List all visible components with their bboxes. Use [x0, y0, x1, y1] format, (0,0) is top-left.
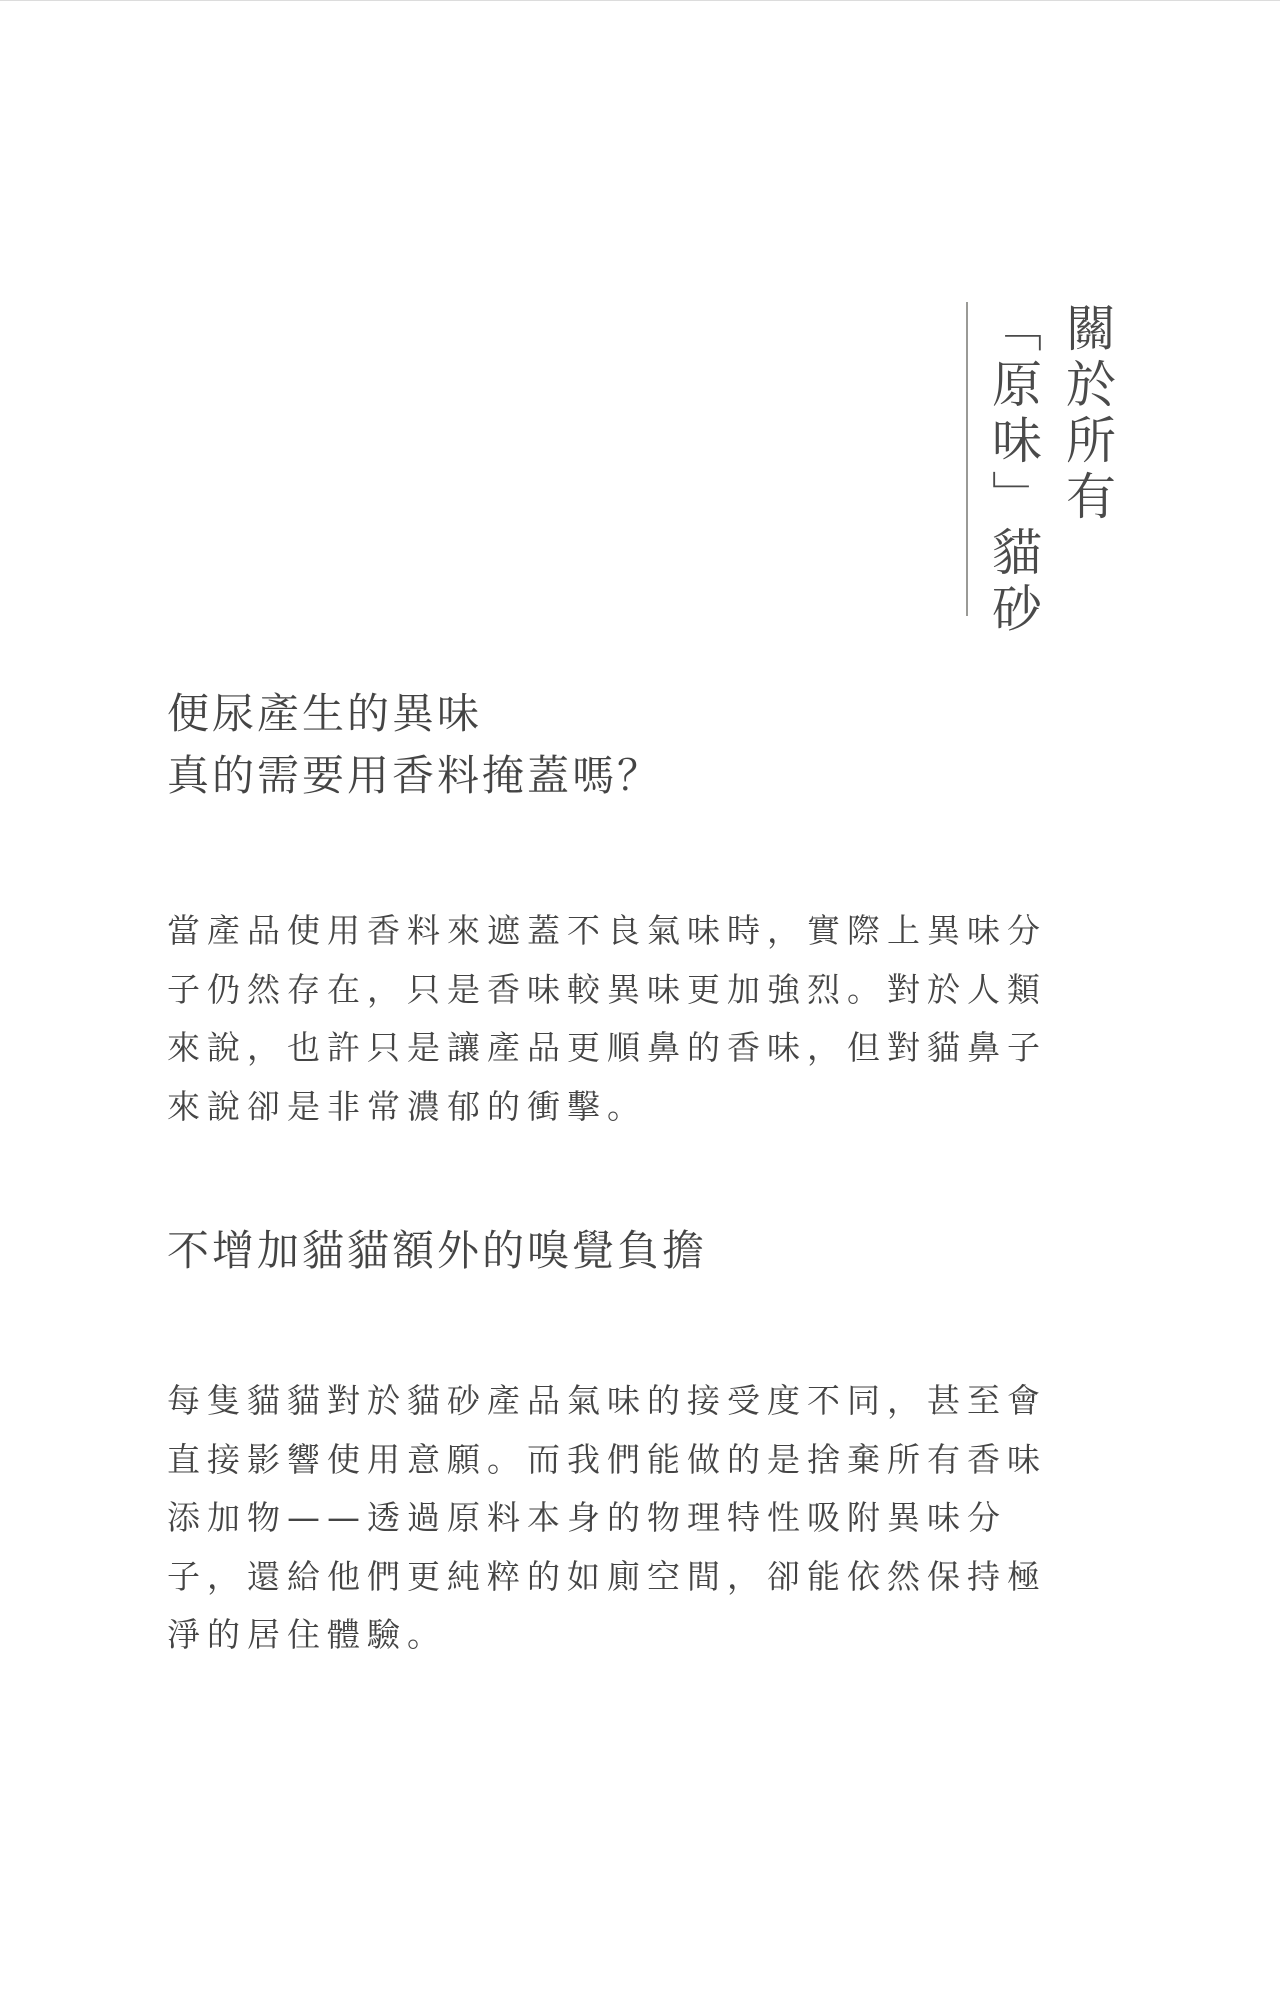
- section-2-heading: 不增加貓貓額外的嗅覺負擔: [167, 1220, 707, 1282]
- paragraph-line: 每隻貓貓對於貓砂產品氣味的接受度不同，甚至會: [167, 1372, 1047, 1431]
- heading-line: 不增加貓貓額外的嗅覺負擔: [167, 1220, 707, 1282]
- title-column-1: 關於所有: [1062, 302, 1112, 526]
- heading-line: 真的需要用香料掩蓋嗎？: [167, 745, 662, 807]
- heading-line: 便尿產生的異味: [167, 683, 662, 745]
- section-2-paragraph: 每隻貓貓對於貓砂產品氣味的接受度不同，甚至會 直接影響使用意願。而我們能做的是捨…: [167, 1372, 1047, 1665]
- title-column-2: 「原味」貓砂: [988, 302, 1038, 638]
- section-1-heading: 便尿產生的異味 真的需要用香料掩蓋嗎？: [167, 683, 662, 807]
- paragraph-line: 來說，也許只是讓產品更順鼻的香味，但對貓鼻子: [167, 1019, 1047, 1078]
- top-border: [0, 0, 1280, 1]
- vertical-title: 關於所有 「原味」貓砂: [966, 302, 1126, 616]
- section-1-paragraph: 當產品使用香料來遮蓋不良氣味時，實際上異味分 子仍然存在，只是香味較異味更加強烈…: [167, 902, 1047, 1136]
- paragraph-line: 添加物——透過原料本身的物理特性吸附異味分: [167, 1489, 1047, 1548]
- paragraph-line: 子，還給他們更純粹的如廁空間，卻能依然保持極: [167, 1548, 1047, 1607]
- paragraph-line: 當產品使用香料來遮蓋不良氣味時，實際上異味分: [167, 902, 1047, 961]
- paragraph-line: 淨的居住體驗。: [167, 1606, 1047, 1665]
- title-divider-line: [966, 302, 968, 616]
- paragraph-line: 來說卻是非常濃郁的衝擊。: [167, 1078, 1047, 1137]
- paragraph-line: 子仍然存在，只是香味較異味更加強烈。對於人類: [167, 961, 1047, 1020]
- paragraph-line: 直接影響使用意願。而我們能做的是捨棄所有香味: [167, 1431, 1047, 1490]
